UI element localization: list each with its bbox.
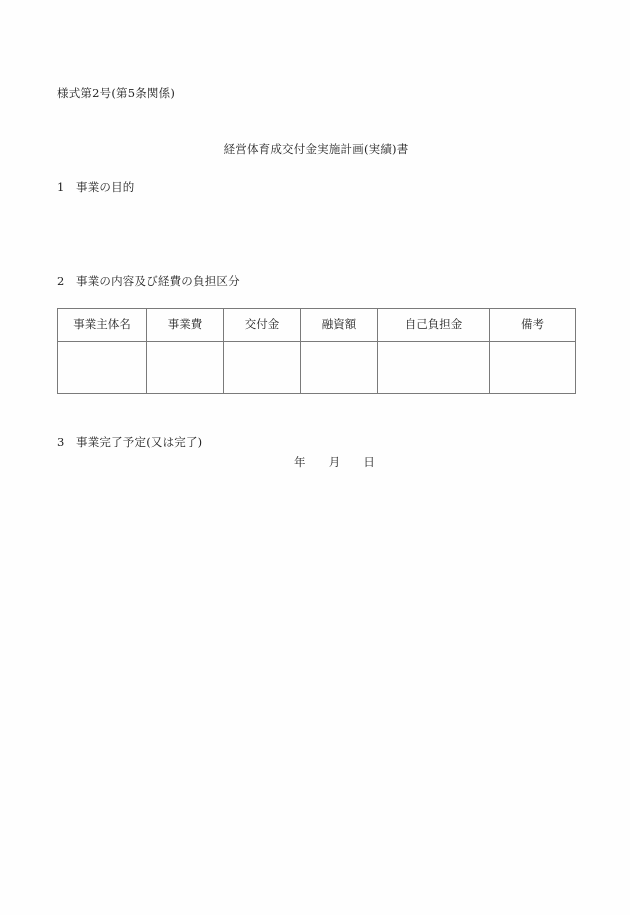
header-self-funding: 自己負担金 [378,309,490,342]
section-title: 事業の内容及び経費の負担区分 [76,274,240,288]
section-1-heading: 1事業の目的 [57,180,135,194]
header-loan-amount: 融資額 [301,309,378,342]
cell-loan-amount[interactable] [301,342,378,394]
table-row [58,342,576,394]
section-3-heading: 3事業完了予定(又は完了) [57,435,202,449]
cell-remarks[interactable] [490,342,576,394]
section-number: 2 [57,274,76,288]
section-title: 事業の目的 [76,180,135,194]
completion-date: 年月日 [294,455,375,469]
cell-project-cost[interactable] [147,342,224,394]
month-label: 月 [329,455,341,469]
header-entity-name: 事業主体名 [58,309,147,342]
section-number: 3 [57,435,76,449]
section-title: 事業完了予定(又は完了) [76,435,202,449]
header-grant: 交付金 [224,309,301,342]
document-title: 経営体育成交付金実施計画(実績)書 [0,142,630,156]
cell-self-funding[interactable] [378,342,490,394]
cell-grant[interactable] [224,342,301,394]
section-number: 1 [57,180,76,194]
day-label: 日 [363,455,375,469]
document-page: 様式第2号(第5条関係) 経営体育成交付金実施計画(実績)書 1事業の目的 2事… [0,0,630,915]
cell-entity-name[interactable] [58,342,147,394]
form-number: 様式第2号(第5条関係) [57,86,175,100]
cost-allocation-table: 事業主体名 事業費 交付金 融資額 自己負担金 備考 [57,308,576,394]
header-remarks: 備考 [490,309,576,342]
table-header-row: 事業主体名 事業費 交付金 融資額 自己負担金 備考 [58,309,576,342]
year-label: 年 [294,455,306,469]
header-project-cost: 事業費 [147,309,224,342]
section-2-heading: 2事業の内容及び経費の負担区分 [57,274,240,288]
